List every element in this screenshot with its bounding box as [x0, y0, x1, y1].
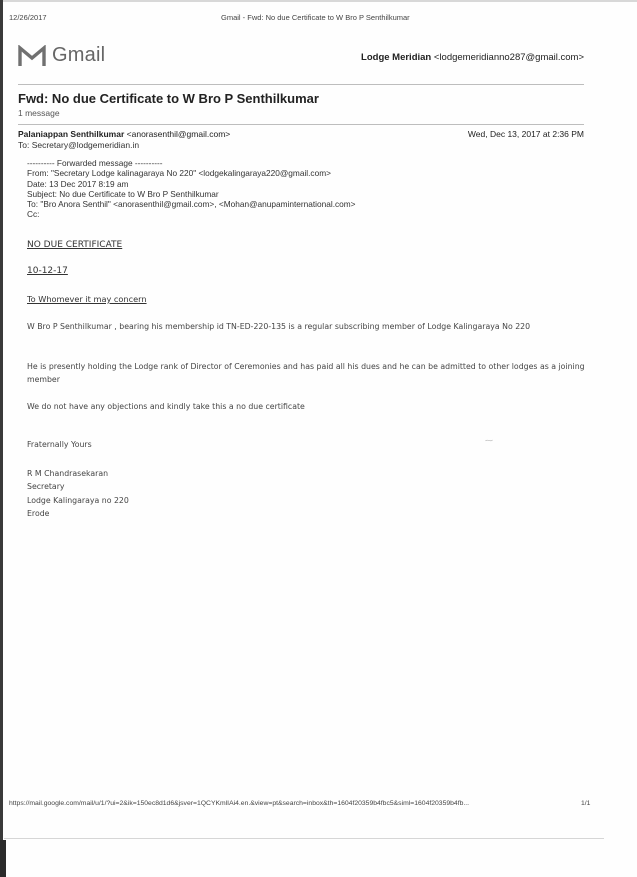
- sender-name: Palaniappan Senthilkumar: [18, 129, 124, 139]
- subject-divider: [18, 124, 584, 125]
- header-divider: [18, 84, 584, 85]
- certificate-paragraph: W Bro P Senthilkumar , bearing his membe…: [27, 320, 587, 333]
- forwarded-from: From: "Secretary Lodge kalinagaraya No 2…: [27, 168, 356, 178]
- scan-edge-left: [0, 0, 3, 877]
- scan-edge-left-bottom: [0, 840, 6, 877]
- gmail-wordmark: Gmail: [52, 44, 105, 67]
- certificate-date: 10-12-17: [27, 266, 68, 276]
- account-info: Lodge Meridian <lodgemeridianno287@gmail…: [361, 52, 584, 63]
- forwarded-to: To: "Bro Anora Senthil" <anorasenthil@gm…: [27, 199, 356, 209]
- signature-lodge: Lodge Kalingaraya no 220: [27, 494, 129, 507]
- account-name: Lodge Meridian: [361, 52, 431, 63]
- forwarded-cc: Cc:: [27, 209, 356, 219]
- sender-email: <anorasenthil@gmail.com>: [127, 129, 231, 139]
- certificate-paragraph: He is presently holding the Lodge rank o…: [27, 360, 587, 387]
- certificate-paragraph: We do not have any objections and kindly…: [27, 400, 587, 413]
- certificate-greeting: To Whomever it may concern: [27, 294, 147, 304]
- message-header: Palaniappan Senthilkumar <anorasenthil@g…: [18, 129, 584, 139]
- print-date: 12/26/2017: [9, 13, 47, 22]
- page-bottom-edge: [4, 838, 604, 839]
- certificate-title: NO DUE CERTIFICATE: [27, 240, 122, 250]
- message-count: 1 message: [18, 108, 60, 118]
- signature-block: R M Chandrasekaran Secretary Lodge Kalin…: [27, 467, 129, 520]
- signature-name: R M Chandrasekaran: [27, 467, 129, 480]
- certificate-closing: Fraternally Yours: [27, 440, 92, 449]
- forwarded-date: Date: 13 Dec 2017 8:19 am: [27, 179, 356, 189]
- print-footer-url: https://mail.google.com/mail/u/1/?ui=2&i…: [9, 800, 469, 807]
- forwarded-separator: ---------- Forwarded message ----------: [27, 158, 356, 168]
- gmail-m-icon: [18, 45, 46, 67]
- scan-speck: ⁓: [485, 436, 493, 445]
- recipient-line: To: Secretary@lodgemeridian.in: [18, 140, 139, 150]
- gmail-logo: Gmail: [18, 44, 105, 67]
- scan-edge-top: [0, 0, 637, 2]
- print-title: Gmail - Fwd: No due Certificate to W Bro…: [221, 13, 410, 22]
- forwarded-subject: Subject: No due Certificate to W Bro P S…: [27, 189, 356, 199]
- account-email: <lodgemeridianno287@gmail.com>: [434, 52, 584, 63]
- thread-subject: Fwd: No due Certificate to W Bro P Senth…: [18, 91, 319, 106]
- signature-place: Erode: [27, 507, 129, 520]
- signature-role: Secretary: [27, 480, 129, 493]
- forwarded-header: ---------- Forwarded message ---------- …: [27, 158, 356, 220]
- print-footer-page: 1/1: [581, 800, 590, 807]
- message-date: Wed, Dec 13, 2017 at 2:36 PM: [468, 129, 584, 139]
